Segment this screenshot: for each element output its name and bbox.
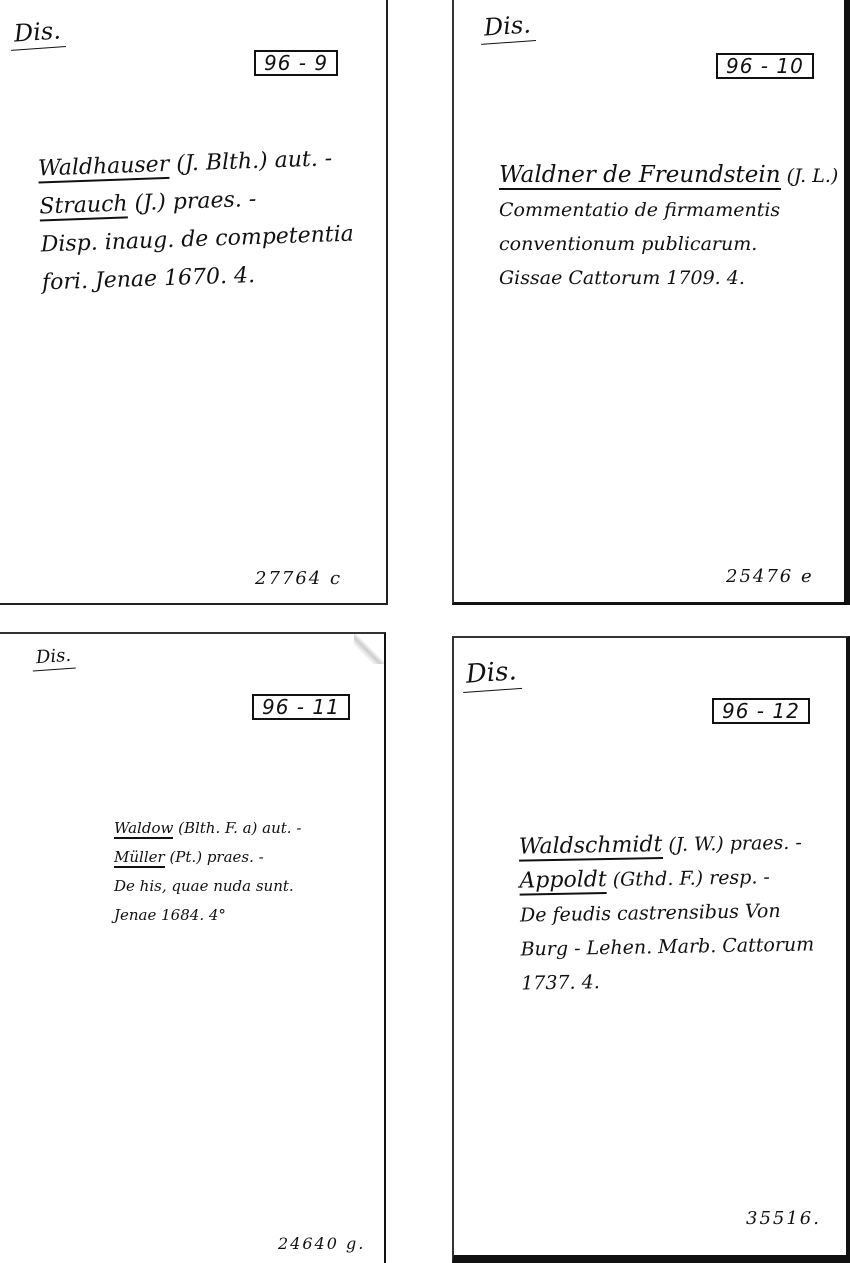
title-line-2: Burg - Lehen. Marb. Cattorum xyxy=(520,927,814,966)
call-number: 96 - 12 xyxy=(712,698,810,724)
author-details: (J. L.) xyxy=(787,165,839,187)
author-line: Waldow (Blth. F. a) aut. - xyxy=(114,814,301,843)
respondent-line: Appoldt (Gthd. F.) resp. - xyxy=(519,859,813,898)
title-line-3: Gissae Cattorum 1709. 4. xyxy=(499,261,838,295)
praeses-details: (J.) praes. - xyxy=(134,187,257,216)
title-line-1: De his, quae nuda sunt. xyxy=(114,872,301,901)
title-line-3: 1737. 4. xyxy=(521,961,815,1000)
dis-label: Dis. xyxy=(31,645,76,672)
author-details: (J. W.) praes. - xyxy=(668,832,802,856)
title-line-1: De feudis castrensibus Von xyxy=(520,893,814,932)
dis-label: Dis. xyxy=(9,16,66,51)
author-name: Waldhauser xyxy=(38,152,170,184)
catalog-card-96-9: Dis. 96 - 9 Waldhauser (J. Blth.) aut. -… xyxy=(0,0,388,605)
title-line-2: conventionum publicarum. xyxy=(499,227,838,261)
dis-label: Dis. xyxy=(479,10,536,45)
title-line-2: Jenae 1684. 4° xyxy=(114,901,301,930)
author-line: Waldner de Freundstein (J. L.) xyxy=(499,158,838,193)
call-number: 96 - 11 xyxy=(252,694,350,720)
title-line-1: Commentatio de firmamentis xyxy=(499,193,838,227)
accession-number: 25476 e xyxy=(726,566,814,587)
praeses-name: Müller xyxy=(114,848,165,868)
catalog-card-96-10: Dis. 96 - 10 Waldner de Freundstein (J. … xyxy=(452,0,850,605)
folded-corner xyxy=(354,634,384,664)
author-details: (Blth. F. a) aut. - xyxy=(178,819,301,837)
accession-number: 27764 c xyxy=(255,568,342,589)
author-line: Waldschmidt (J. W.) praes. - xyxy=(519,825,813,864)
call-number: 96 - 9 xyxy=(254,50,338,76)
dis-label: Dis. xyxy=(461,656,522,693)
praeses-name: Strauch xyxy=(39,191,128,221)
accession-number: 35516. xyxy=(746,1208,821,1229)
card-entry: Waldow (Blth. F. a) aut. - Müller (Pt.) … xyxy=(114,814,301,930)
accession-number: 24640 g. xyxy=(278,1234,365,1253)
card-entry: Waldschmidt (J. W.) praes. - Appoldt (Gt… xyxy=(519,825,816,1000)
catalog-card-96-12: Dis. 96 - 12 Waldschmidt (J. W.) praes. … xyxy=(452,636,850,1263)
call-number: 96 - 10 xyxy=(716,53,814,79)
respondent-details: (Gthd. F.) resp. - xyxy=(613,866,771,891)
card-entry: Waldhauser (J. Blth.) aut. - Strauch (J.… xyxy=(37,140,355,303)
author-name: Waldschmidt xyxy=(519,832,663,862)
card-entry: Waldner de Freundstein (J. L.) Commentat… xyxy=(499,158,838,295)
author-details: (J. Blth.) aut. - xyxy=(176,146,333,176)
praeses-line: Müller (Pt.) praes. - xyxy=(114,843,301,872)
respondent-name: Appoldt xyxy=(519,867,607,896)
author-name: Waldner de Freundstein xyxy=(499,162,781,190)
author-name: Waldow xyxy=(114,819,173,839)
catalog-card-96-11: Dis. 96 - 11 Waldow (Blth. F. a) aut. - … xyxy=(0,632,386,1263)
praeses-details: (Pt.) praes. - xyxy=(169,848,263,866)
